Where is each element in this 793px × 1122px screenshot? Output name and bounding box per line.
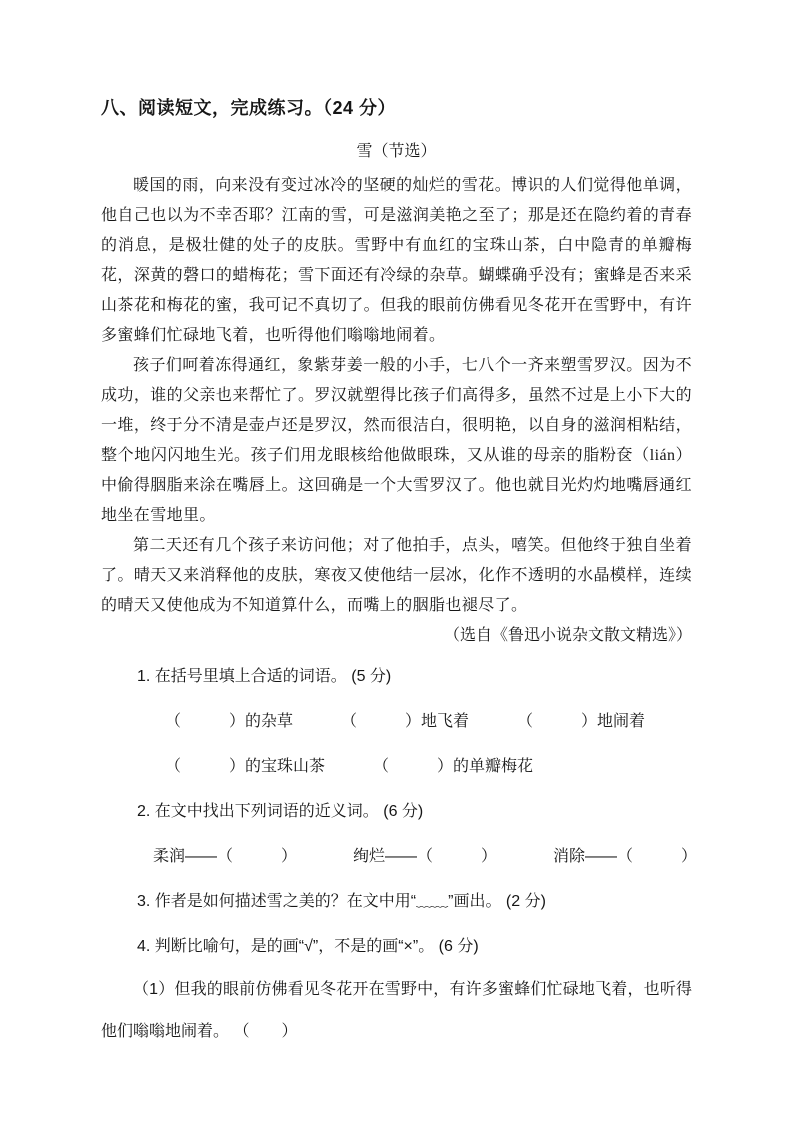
fill-blank-item: （ ）的杂草	[165, 710, 293, 734]
section-header: 八、阅读短文，完成练习。（24 分）	[101, 96, 692, 120]
passage-paragraph-2: 孩子们呵着冻得通红，象紫芽姜一般的小手，七八个一齐来塑雪罗汉。因为不成功，谁的父…	[101, 351, 692, 531]
passage-paragraph-1: 暖国的雨，向来没有变过冰冷的坚硬的灿烂的雪花。博识的人们觉得他单调，他自己也以为…	[101, 171, 692, 351]
question-list: 1. 在括号里填上合适的词语。 (5 分) （ ）的杂草 （ ）地飞着 （ ）地…	[101, 665, 692, 1053]
passage-attribution: （选自《鲁迅小说杂文散文精选》）	[101, 621, 692, 651]
question-4-subitem-1: （1）但我的眼前仿佛看见冬花开在雪野中，有许多蜜蜂们忙碌地飞着，也听得他们嗡嗡地…	[101, 969, 692, 1053]
fill-blank-item: （ ）的单瓣梅花	[373, 755, 533, 779]
fill-blank-item: （ ）的宝珠山茶	[165, 755, 325, 779]
question-2-label: 2. 在文中找出下列词语的近义词。 (6 分)	[101, 800, 692, 824]
fill-blank-item: （ ）地飞着	[341, 710, 469, 734]
question-4-label: 4. 判断比喻句，是的画“√”，不是的画“×”。 (6 分)	[101, 935, 692, 959]
fill-blank-item: （ ）地闹着	[517, 710, 645, 734]
question-2-blanks-row: 柔润——（ ） 绚烂——（ ） 消除——（ ）	[101, 845, 692, 869]
question-1-blanks-row-1: （ ）的杂草 （ ）地飞着 （ ）地闹着	[101, 710, 692, 734]
reading-passage: 雪（节选） 暖国的雨，向来没有变过冰冷的坚硬的灿烂的雪花。博识的人们觉得他单调，…	[101, 140, 692, 651]
question-3-label: 3. 作者是如何描述雪之美的？在文中用“﹏﹏”画出。 (2 分)	[101, 890, 692, 914]
question-1-blanks-row-2: （ ）的宝珠山茶 （ ）的单瓣梅花	[101, 755, 692, 779]
synonym-blank-item: 消除——（ ）	[553, 845, 697, 869]
synonym-blank-item: 柔润——（ ）	[153, 845, 297, 869]
worksheet-page: 八、阅读短文，完成练习。（24 分） 雪（节选） 暖国的雨，向来没有变过冰冷的坚…	[0, 0, 793, 1122]
question-1-label: 1. 在括号里填上合适的词语。 (5 分)	[101, 665, 692, 689]
synonym-blank-item: 绚烂——（ ）	[353, 845, 497, 869]
passage-title: 雪（节选）	[101, 140, 692, 164]
passage-paragraph-3: 第二天还有几个孩子来访问他；对了他拍手，点头，嘻笑。但他终于独自坐着了。晴天又来…	[101, 531, 692, 621]
